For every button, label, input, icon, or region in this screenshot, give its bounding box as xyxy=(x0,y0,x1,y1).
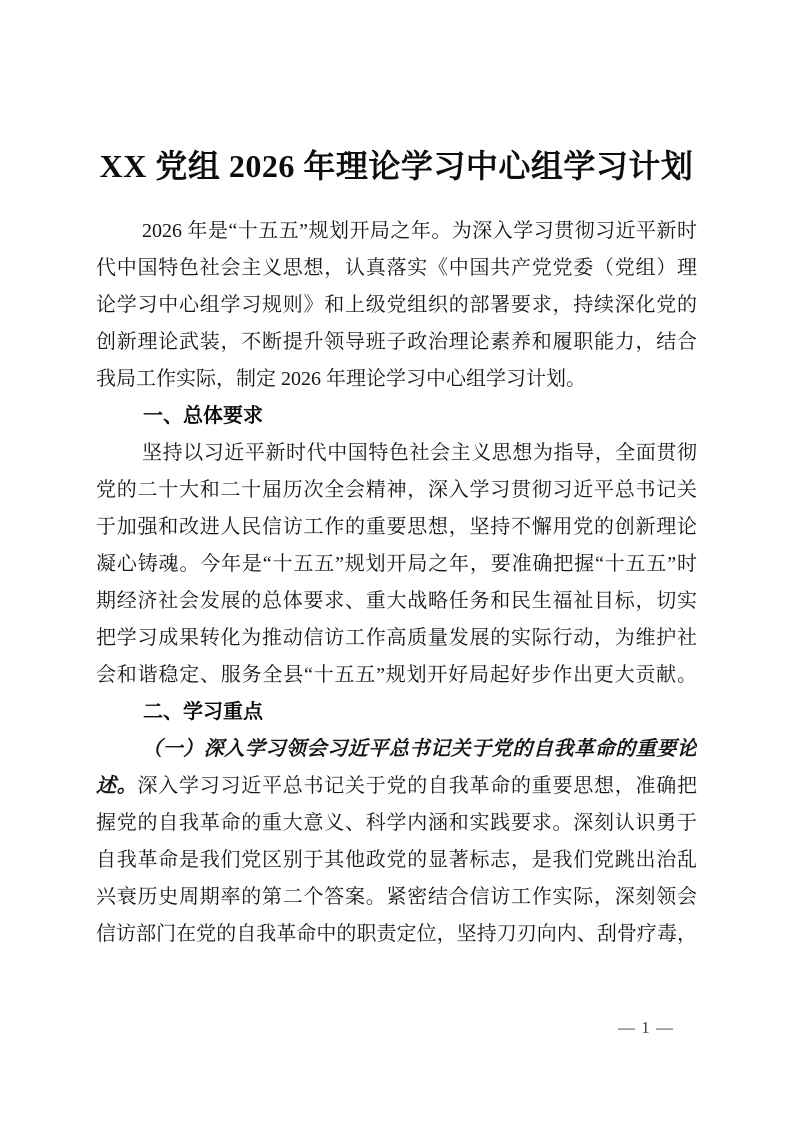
intro-line: 创新理论武装，不断提升领导班子政治理论素养和履职能力，结合 xyxy=(96,324,697,361)
body-line: 于加强和改进人民信访工作的重要思想，坚持不懈用党的创新理论 xyxy=(96,509,697,546)
lead-sentence-line: （一）深入学习领会习近平总书记关于党的自我革命的重要论 xyxy=(96,731,697,768)
section-one-heading: 一、总体要求 xyxy=(96,398,697,435)
lead-sentence-tail: 述。 xyxy=(96,775,138,797)
intro-line: 2026 年是“十五五”规划开局之年。为深入学习贯彻习近平新时 xyxy=(96,213,697,250)
document-body: 2026 年是“十五五”规划开局之年。为深入学习贯彻习近平新时 代中国特色社会主… xyxy=(96,213,697,953)
body-line: 自我革命是我们党区别于其他政党的显著标志，是我们党跳出治乱 xyxy=(96,842,697,879)
body-line-mixed: 述。深入学习习近平总书记关于党的自我革命的重要思想，准确把 xyxy=(96,768,697,805)
document-page: XX 党组 2026 年理论学习中心组学习计划 2026 年是“十五五”规划开局… xyxy=(0,0,793,1122)
intro-line: 我局工作实际，制定 2026 年理论学习中心组学习计划。 xyxy=(96,361,697,398)
body-line: 凝心铸魂。今年是“十五五”规划开局之年，要准确把握“十五五”时 xyxy=(96,546,697,583)
body-line: 兴衰历史周期率的第二个答案。紧密结合信访工作实际，深刻领会 xyxy=(96,879,697,916)
page-number: — 1 — xyxy=(618,1017,674,1039)
intro-line: 代中国特色社会主义思想，认真落实《中国共产党党委（党组）理 xyxy=(96,250,697,287)
body-line: 会和谐稳定、服务全县“十五五”规划开好局起好步作出更大贡献。 xyxy=(96,657,697,694)
body-line: 期经济社会发展的总体要求、重大战略任务和民生福祉目标，切实 xyxy=(96,583,697,620)
section-two-heading: 二、学习重点 xyxy=(96,694,697,731)
body-line: 握党的自我革命的重大意义、科学内涵和实践要求。深刻认识勇于 xyxy=(96,805,697,842)
body-text-segment: 深入学习习近平总书记关于党的自我革命的重要思想，准确把 xyxy=(138,775,698,797)
body-line: 党的二十大和二十届历次全会精神，深入学习贯彻习近平总书记关 xyxy=(96,472,697,509)
body-line: 坚持以习近平新时代中国特色社会主义思想为指导，全面贯彻 xyxy=(96,435,697,472)
intro-line: 论学习中心组学习规则》和上级党组织的部署要求，持续深化党的 xyxy=(96,287,697,324)
document-title: XX 党组 2026 年理论学习中心组学习计划 xyxy=(0,144,793,188)
body-line: 信访部门在党的自我革命中的职责定位，坚持刀刃向内、刮骨疗毒， xyxy=(96,916,697,953)
body-line: 把学习成果转化为推动信访工作高质量发展的实际行动，为维护社 xyxy=(96,620,697,657)
